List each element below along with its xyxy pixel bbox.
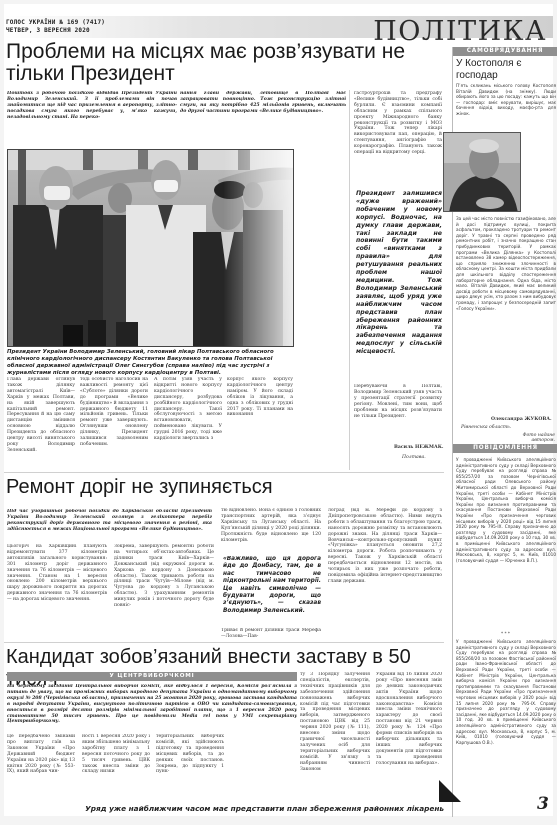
sidebar-headline: У Костополя є господар [453,56,557,82]
sidebar-byline: Олександра ЖУКОВА. [491,417,552,422]
notice-1: У провадженні Київського апеляційного ад… [456,457,556,629]
roads-quote: «Важливо, що ця дорога йде до Донбасу, т… [223,556,321,628]
page-number: 3 [537,794,549,814]
main-headline: Проблеми на місцях має розв’язувати не т… [6,41,442,85]
candidate-lead: На черговому засіданні Центральної вибор… [7,684,297,730]
sidebar-section-self-government: САМОВРЯДУВАННЯ [453,47,557,56]
candidate-col2: ності 1 вересня 2020 року і яким збільше… [82,734,150,794]
roads-col3-bottom: Триває й ремонт ділянки траси Мерефа—Лоз… [221,628,321,640]
portrait-image [444,133,521,212]
main-body-col4: корпус якого корпусу кардіологічного цен… [227,377,293,472]
sidebar-body: За цей час місто повністю газифіковано, … [456,216,556,426]
roads-lead: Під час учорашньої робочої поїздки до Ха… [7,509,212,539]
photo-image [8,150,294,347]
notices-section-header: ПОВІДОМЛЕННЯ [453,444,557,453]
main-byline: Василь НЕЖМАК. [394,445,444,450]
roads-col1: Цьогоріч на Харківщині планують відремон… [7,544,107,640]
issue-date: ЧЕТВЕР, 3 ВЕРЕСНЯ 2020 [6,27,105,35]
main-right-col-bottom: Перебуваючи в Полтаві, Володимир Зеленсь… [354,384,442,436]
page-curl-corner [439,780,461,802]
roads-col3-top: тю відновлено. Вона є однією з головних … [221,508,321,554]
roads-headline: Ремонт доріг не зупиняється [6,476,442,498]
page-sheet: ГОЛОС УКРАЇНИ № 169 (7417) ЧЕТВЕР, 3 ВЕР… [4,4,553,816]
main-byline-place: Полтава. [402,455,426,460]
paper-issue: ГОЛОС УКРАЇНИ № 169 (7417) [6,19,105,27]
column-rule [349,90,350,470]
sidebar-intro: П’ять скликань міського голову Костополя… [456,83,556,131]
president-photo [7,149,294,347]
main-quote: Президент залишився «дуже вражений» поба… [356,190,442,380]
candidate-col1: Це передбачено змінами про виплату гаїв … [7,734,75,794]
masthead-info: ГОЛОС УКРАЇНИ № 169 (7417) ЧЕТВЕР, 3 ВЕР… [6,19,105,35]
main-right-col-top: гастроуртрохів та предграфу «Велике буді… [354,91,442,186]
section-rule [4,642,444,643]
roads-col2: Зокрема, завершують ремонтні роботи на ч… [114,544,214,640]
sidebar-photo-credit: Фото надане автором. [505,433,555,443]
candidate-col3: територіальних виборчих комісій, які зді… [156,734,224,794]
candidate-section-bar: У ЦЕНТРВИБОРЧКОМІ [7,672,297,681]
sidebar: САМОВРЯДУВАННЯ У Костополя є господар П’… [452,47,557,817]
photo-caption: Президент України Володимир Зеленський, … [7,349,299,377]
sidebar-byline-place: Рівненська область. [461,425,511,430]
newspaper-page: ГОЛОС УКРАЇНИ № 169 (7417) ЧЕТВЕР, 3 ВЕР… [0,0,557,825]
main-lead-right: нання глави держави, летовище в Полтаві … [180,91,346,115]
main-body-col3: А потім узяв участь у відкритті нового к… [154,377,222,472]
main-body-col2: тоді особисто наголосив на важливості ре… [80,377,148,472]
candidate-col5: України від 16 липня 2020 року «Про внес… [376,672,442,796]
main-lead-left: Поштовх з робочою поїздкою відвідав През… [7,91,177,121]
candidate-col4: ту 3 Порядку залучення спеціалістів, екс… [300,672,370,796]
main-body-col1: Глава держави оглянув також ділянку авто… [7,377,75,472]
mayor-portrait [443,132,521,212]
notice-2: У провадженні Київського апеляційного ад… [456,639,556,811]
page-footer-tagline: Уряд уже найближчим часом має представит… [4,804,444,813]
roads-col4: лоград (від м. Мерефи до кордону з Дніпр… [328,508,442,640]
notice-separator: * * * [493,631,518,637]
masthead: ГОЛОС УКРАЇНИ № 169 (7417) ЧЕТВЕР, 3 ВЕР… [4,16,553,38]
sidebar-wrap-text [523,132,556,214]
section-rule [4,472,444,473]
